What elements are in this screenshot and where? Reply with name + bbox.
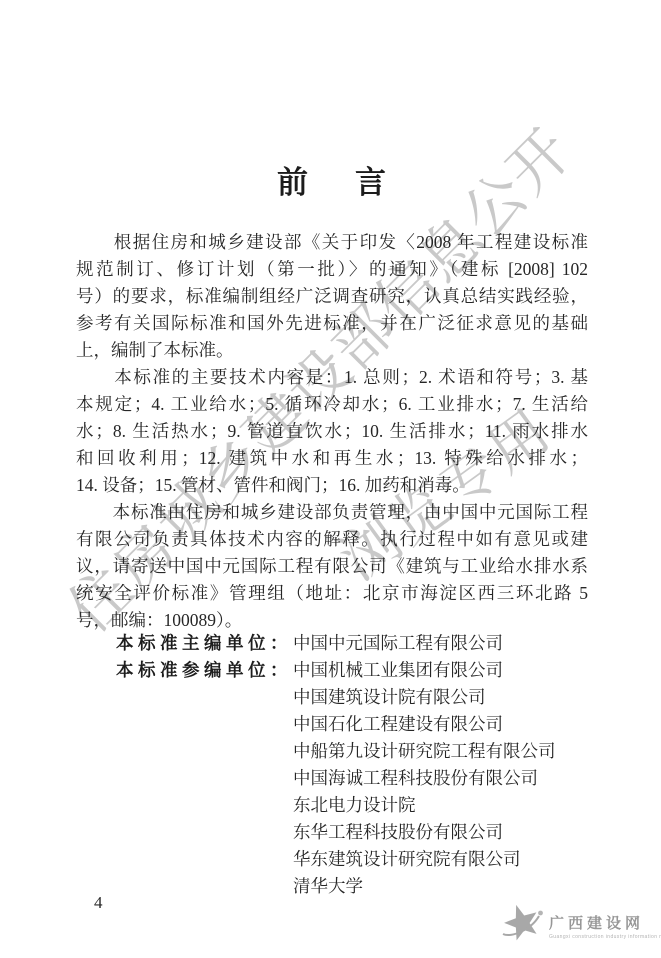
unit-indent-spacer — [76, 684, 293, 711]
paragraph-line: 议，请寄送中国中元国际工程有限公司《建筑与工业给水排水系 — [76, 553, 588, 580]
footer-logo-name: 广西建设网 — [549, 912, 661, 933]
paragraph-line: 号）的要求，标准编制组经广泛调查研究，认真总结实践经验， — [76, 283, 588, 310]
standard-units-section: 本标准主编单位： 中国中元国际工程有限公司 本标准参编单位： 中国机械工业集团有… — [76, 630, 616, 900]
participating-unit: 中国海诚工程科技股份有限公司 — [293, 765, 538, 792]
unit-indent-spacer — [76, 819, 293, 846]
participant-row: 中船第九设计研究院工程有限公司 — [76, 738, 616, 765]
star-logo-icon — [497, 898, 547, 948]
participating-unit: 中国机械工业集团有限公司 — [293, 657, 503, 684]
paragraph-line: 有限公司负责具体技术内容的解释。执行过程中如有意见或建 — [76, 526, 588, 553]
participating-unit: 中船第九设计研究院工程有限公司 — [293, 738, 556, 765]
paragraph-line: 和回收利用；12. 建筑中水和再生水；13. 特殊给水排水； — [76, 445, 588, 472]
participant-row: 中国建筑设计院有限公司 — [76, 684, 616, 711]
paragraph-line: 上，编制了本标准。 — [76, 337, 588, 364]
footer-logo: 广西建设网 Guangxi construction industry info… — [497, 898, 661, 948]
participant-row: 清华大学 — [76, 873, 616, 900]
participant-label: 本标准参编单位： — [116, 657, 293, 684]
page-title: 前 言 — [0, 157, 661, 202]
participating-unit: 中国建筑设计院有限公司 — [293, 684, 486, 711]
chief-editor-row: 本标准主编单位： 中国中元国际工程有限公司 — [76, 630, 616, 657]
participant-row: 华东建筑设计研究院有限公司 — [76, 846, 616, 873]
unit-indent-spacer — [76, 846, 293, 873]
paragraph-line: 统安全评价标准》管理组（地址：北京市海淀区西三环北路 5 — [76, 580, 588, 607]
participant-row: 中国海诚工程科技股份有限公司 — [76, 765, 616, 792]
participating-unit: 中国石化工程建设有限公司 — [293, 711, 503, 738]
participant-extra-list: 中国建筑设计院有限公司中国石化工程建设有限公司中船第九设计研究院工程有限公司中国… — [76, 684, 616, 900]
paragraph-line: 水；8. 生活热水；9. 管道直饮水；10. 生活排水；11. 雨水排水 — [76, 418, 588, 445]
page-number: 4 — [94, 893, 103, 913]
unit-indent-spacer — [76, 873, 293, 900]
chief-editor-label: 本标准主编单位： — [116, 630, 293, 657]
unit-indent-spacer — [76, 738, 293, 765]
paragraph-line: 参考有关国际标准和国外先进标准，并在广泛征求意见的基础 — [76, 310, 588, 337]
participating-unit: 东北电力设计院 — [293, 792, 416, 819]
paragraph-line: 规范制订、修订计划（第一批）〉的通知》（建标 [2008] 102 — [76, 256, 588, 283]
paragraph-line: 本标准的主要技术内容是：1. 总则；2. 术语和符号；3. 基 — [76, 364, 588, 391]
paragraph-line: 本规定；4. 工业给水；5. 循环冷却水；6. 工业排水；7. 生活给 — [76, 391, 588, 418]
paragraph-line: 根据住房和城乡建设部《关于印发〈2008 年工程建设标准 — [76, 229, 588, 256]
participant-row: 东华工程科技股份有限公司 — [76, 819, 616, 846]
body-paragraphs: 根据住房和城乡建设部《关于印发〈2008 年工程建设标准规范制订、修订计划（第一… — [76, 229, 588, 634]
unit-indent-spacer — [76, 711, 293, 738]
footer-logo-text: 广西建设网 Guangxi construction industry info… — [549, 912, 661, 940]
preface-page: 住房城乡建设部信息公开 浏览专用 前 言 根据住房和城乡建设部《关于印发〈200… — [0, 0, 661, 958]
participant-row: 本标准参编单位： 中国机械工业集团有限公司 — [76, 657, 616, 684]
participating-unit: 清华大学 — [293, 873, 363, 900]
unit-indent-spacer — [76, 765, 293, 792]
participating-unit: 华东建筑设计研究院有限公司 — [293, 846, 521, 873]
participant-row: 中国石化工程建设有限公司 — [76, 711, 616, 738]
paragraph-line: 14. 设备；15. 管材、管件和阀门；16. 加药和消毒。 — [76, 472, 588, 499]
participant-row: 东北电力设计院 — [76, 792, 616, 819]
footer-logo-tagline: Guangxi construction industry informatio… — [549, 934, 661, 940]
chief-editor-unit: 中国中元国际工程有限公司 — [293, 630, 503, 657]
unit-indent-spacer — [76, 792, 293, 819]
participating-unit: 东华工程科技股份有限公司 — [293, 819, 503, 846]
paragraph-line: 本标准由住房和城乡建设部负责管理，由中国中元国际工程 — [76, 499, 588, 526]
